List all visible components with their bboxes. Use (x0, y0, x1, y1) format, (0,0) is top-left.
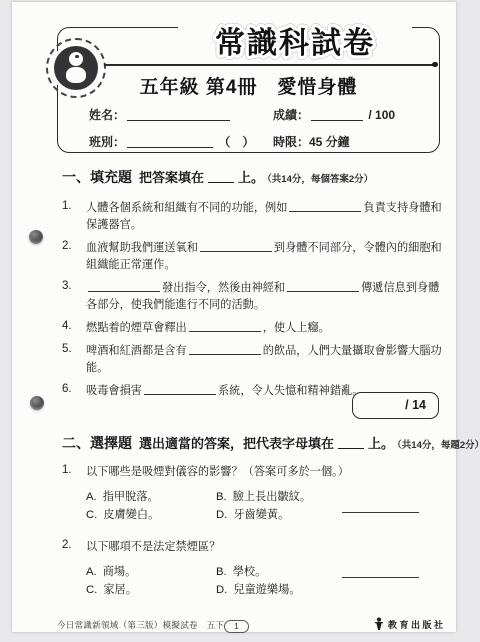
publisher-name: 教育出版社 (388, 618, 446, 631)
question-segment: 人體各個系統和組織有不同的功能，例如 (86, 201, 287, 214)
question-body: 以下哪項不是法定禁煙區？ A.商場。 B.學校。 C.家居。 D.兒童遊樂場。 (86, 538, 444, 599)
question-segment: 發出指令，然後由神經和 (162, 281, 285, 294)
question-number: 6. (62, 382, 86, 399)
mascot-eye (75, 55, 79, 59)
option-text: 兒童遊樂場。 (233, 583, 300, 596)
section1-instruction-post: 上。 (238, 170, 264, 185)
option-c: C.家居。 (86, 581, 216, 599)
score-field: 成績： / 100 (273, 106, 395, 123)
option-label: C. (86, 584, 97, 596)
question-text: 人體各個系統和組織有不同的功能，例如負責支持身體和保護器官。 (86, 199, 444, 233)
answer-blank (144, 384, 216, 395)
option-a: A.指甲脫落。 (86, 488, 216, 506)
question-segment: ，使人上癮。 (263, 321, 330, 334)
heading-blank-line (338, 438, 364, 449)
score-label: 成績： (273, 108, 309, 122)
option-text: 指甲脫落。 (103, 490, 159, 503)
mc1-answer-line (342, 512, 419, 513)
answer-blank (88, 281, 160, 292)
fill-question-list: 1. 人體各個系統和組織有不同的功能，例如負責支持身體和保護器官。 2. 血液幫… (62, 199, 448, 399)
class-brackets: （ ） (218, 135, 254, 149)
question-segment: 燃點着的煙草會釋出 (86, 321, 187, 334)
option-label: A. (86, 491, 97, 503)
option-row: A.指甲脫落。 B.臉上長出皺紋。 (86, 488, 444, 506)
time-limit-label: 時限：45 分鐘 (273, 135, 350, 149)
answer-blank (189, 321, 261, 332)
answer-blank (287, 281, 359, 292)
fill-question-5: 5. 啤酒和紅酒都是含有的飲品，人們大量攝取會影響大腦功能。 (62, 342, 448, 376)
divider-end-dot (432, 62, 438, 68)
section-fill-in-blanks: 一、填充題把答案填在上。（共14分，每個答案2分） 1. 人體各個系統和組織有不… (62, 168, 448, 405)
scanned-test-paper: 常識科試卷 五年級 第4冊 愛惜身體 姓名： 成績： / 100 班別： （ ） (12, 2, 456, 632)
fill-question-2: 2. 血液幫助我們運送氧和到身體不同部分，令體內的細胞和組織能正常運作。 (62, 239, 448, 273)
option-b: B.臉上長出皺紋。 (216, 488, 311, 506)
fill-question-1: 1. 人體各個系統和組織有不同的功能，例如負責支持身體和保護器官。 (62, 199, 448, 233)
answer-blank (189, 344, 261, 355)
answer-blank (200, 241, 272, 252)
option-label: B. (216, 566, 227, 578)
option-b: B.學校。 (216, 563, 266, 581)
binder-hole-bottom (30, 396, 44, 410)
section2-instruction-post: 上。 (368, 436, 394, 451)
publisher-logo-icon (374, 617, 384, 631)
class-field: 班別： （ ） (89, 133, 254, 150)
name-label: 姓名： (89, 108, 125, 122)
option-row: C.皮膚變白。 D.牙齒變黃。 (86, 506, 444, 524)
question-number: 1. (62, 463, 86, 524)
fill-question-3: 3. 發出指令，然後由神經和傳遞信息到身體各部分，使我們能進行不同的活動。 (62, 279, 448, 313)
page-number-badge: 1 (224, 620, 249, 633)
name-field: 姓名： (89, 106, 232, 123)
section2-title: 二、選擇題 (62, 435, 132, 451)
publisher-mark: 教育出版社 (374, 617, 446, 631)
question-number: 5. (62, 342, 86, 376)
footer-book-title: 今日常識新領域（第三版）模擬試卷 五下 (57, 619, 224, 631)
class-label: 班別： (89, 135, 125, 149)
option-row: C.家居。 D.兒童遊樂場。 (86, 581, 444, 599)
paper-title-wrap: 常識科試卷 (178, 19, 412, 65)
section1-score-box: / 14 (352, 392, 439, 419)
question-text: 燃點着的煙草會釋出，使人上癮。 (86, 319, 444, 336)
option-text: 牙齒變黃。 (233, 508, 289, 521)
option-row: A.商場。 B.學校。 (86, 563, 444, 581)
question-text: 以下哪些是吸煙對儀容的影響？（答案可多於一個。） (86, 465, 349, 478)
option-text: 家居。 (103, 583, 137, 596)
header-box: 常識科試卷 五年級 第4冊 愛惜身體 姓名： 成績： / 100 班別： （ ） (57, 27, 440, 153)
time-limit-field: 時限：45 分鐘 (273, 133, 350, 150)
paper-subtitle: 五年級 第4冊 愛惜身體 (58, 72, 439, 99)
question-body: 以下哪些是吸煙對儀容的影響？（答案可多於一個。） A.指甲脫落。 B.臉上長出皺… (86, 463, 444, 524)
mc2-answer-line (342, 577, 419, 578)
paper-title-art: 常識科試卷 (178, 19, 412, 65)
heading-blank-line (208, 172, 234, 183)
binder-hole-top (29, 230, 43, 244)
options: A.指甲脫落。 B.臉上長出皺紋。 C.皮膚變白。 D.牙齒變黃。 (86, 488, 444, 524)
question-text: 血液幫助我們運送氧和到身體不同部分，令體內的細胞和組織能正常運作。 (86, 239, 444, 273)
question-segment: 系統，令人失憶和精神錯亂。 (218, 384, 363, 397)
question-number: 1. (62, 199, 86, 233)
option-a: A.商場。 (86, 563, 216, 581)
answer-blank (289, 201, 361, 212)
question-text: 啤酒和紅酒都是含有的飲品，人們大量攝取會影響大腦功能。 (86, 342, 444, 376)
options: A.商場。 B.學校。 C.家居。 D.兒童遊樂場。 (86, 563, 444, 599)
question-number: 2. (62, 239, 86, 273)
header-divider-line (104, 64, 434, 66)
section2-points-note: （共14分，每題2分） (397, 440, 480, 451)
option-label: D. (216, 584, 227, 596)
section1-points-note: （共14分，每個答案2分） (267, 174, 373, 185)
option-text: 學校。 (233, 565, 267, 578)
option-c: C.皮膚變白。 (86, 506, 216, 524)
section1-instruction-pre: 把答案填在 (139, 170, 204, 185)
question-segment: 血液幫助我們運送氧和 (86, 241, 198, 254)
score-total: / 100 (368, 108, 395, 122)
option-text: 皮膚變白。 (103, 508, 159, 521)
section1-title: 一、填充題 (62, 169, 132, 185)
section2-heading: 二、選擇題選出適當的答案，把代表字母填在上。（共14分，每題2分） (62, 434, 448, 455)
question-number: 4. (62, 319, 86, 336)
option-d: D.兒童遊樂場。 (216, 581, 300, 599)
section1-heading: 一、填充題把答案填在上。（共14分，每個答案2分） (62, 168, 448, 189)
option-label: B. (216, 491, 227, 503)
question-number: 3. (62, 279, 86, 313)
option-label: A. (86, 566, 97, 578)
mc-question-1: 1. 以下哪些是吸煙對儀容的影響？（答案可多於一個。） A.指甲脫落。 B.臉上… (62, 463, 448, 524)
section2-instruction-pre: 選出適當的答案，把代表字母填在 (139, 436, 334, 451)
section-multiple-choice: 二、選擇題選出適當的答案，把代表字母填在上。（共14分，每題2分） 1. 以下哪… (62, 434, 448, 605)
question-text: 以下哪項不是法定禁煙區？ (86, 540, 220, 553)
option-text: 臉上長出皺紋。 (233, 490, 311, 503)
option-d: D.牙齒變黃。 (216, 506, 289, 524)
paper-title: 常識科試卷 (215, 26, 375, 60)
option-text: 商場。 (103, 565, 137, 578)
question-number: 2. (62, 538, 86, 599)
question-segment: 吸毒會損害 (86, 384, 142, 397)
question-segment: 啤酒和紅酒都是含有 (86, 344, 187, 357)
class-write-line (127, 136, 213, 148)
name-write-line (127, 109, 230, 121)
question-text: 發出指令，然後由神經和傳遞信息到身體各部分，使我們能進行不同的活動。 (86, 279, 444, 313)
mc-question-2: 2. 以下哪項不是法定禁煙區？ A.商場。 B.學校。 C.家居。 D.兒童遊樂… (62, 538, 448, 599)
fill-question-4: 4. 燃點着的煙草會釋出，使人上癮。 (62, 319, 448, 336)
option-label: C. (86, 509, 97, 521)
score-write-line (311, 109, 363, 121)
option-label: D. (216, 509, 227, 521)
